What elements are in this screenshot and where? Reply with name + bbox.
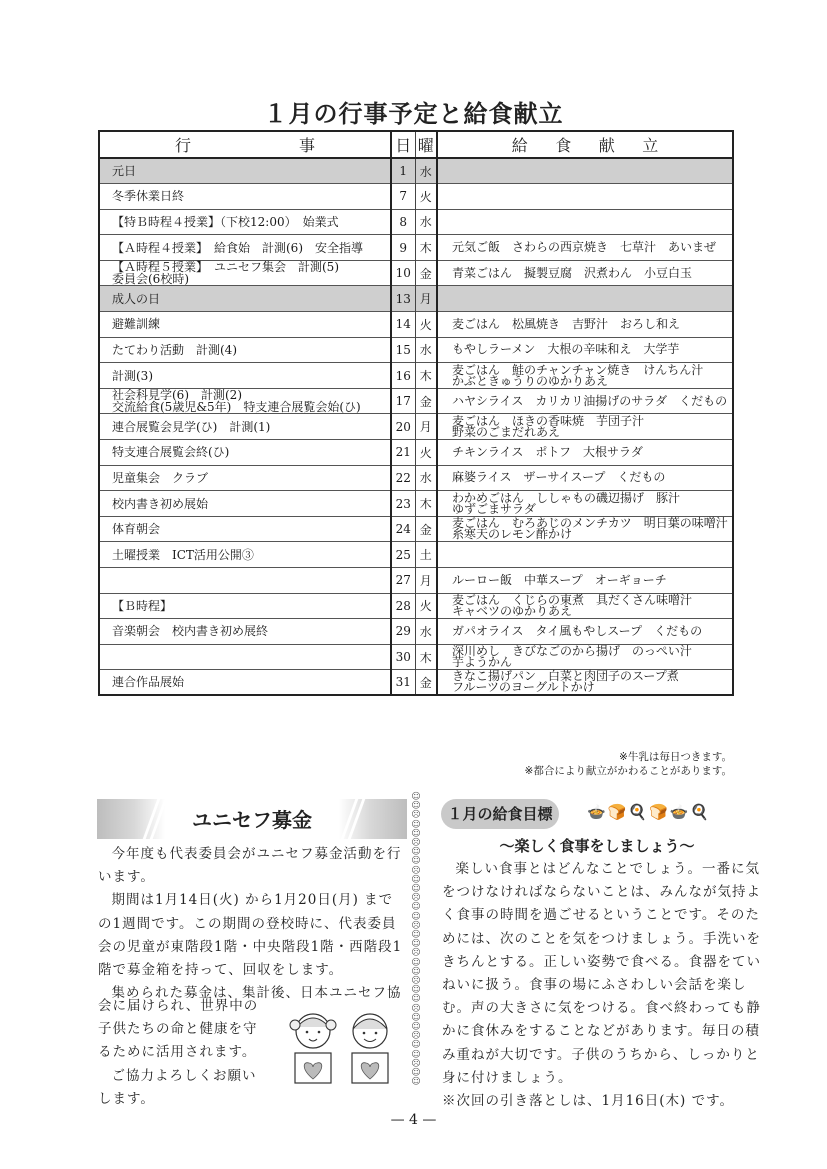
menu-line: フルーツのヨーグルトかけ [452, 682, 732, 693]
menu-line: もやしラーメン 大根の辛味和え 大学芋 [452, 344, 732, 355]
schedule-table: 行 事 日 曜 給 食 献 立 元日1水冬季休業日終7火【特Ｂ時程４授業】（下校… [98, 130, 734, 696]
table-row: 避難訓練14火麦ごはん 松風焼き 吉野汁 おろし和え [99, 312, 733, 338]
menu-line: ゆずごまサラダ [452, 504, 732, 515]
event-cell: 特支連合展覧会終(ひ) [99, 440, 391, 466]
day-cell: 25 [391, 542, 415, 568]
event-line: 連合展覧会見学(ひ) 計測(1) [112, 421, 390, 433]
day-cell: 24 [391, 516, 415, 542]
weekday-cell: 金 [415, 260, 437, 286]
weekday-cell: 月 [415, 414, 437, 440]
event-line: 校内書き初め展始 [112, 498, 390, 510]
table-row: 冬季休業日終7火 [99, 184, 733, 210]
table-row: 【Ａ時程５授業】 ユニセフ集会 計測(5)委員会(6校時)10金青菜ごはん 擬製… [99, 260, 733, 286]
event-cell: 児童集会 クラブ [99, 465, 391, 491]
weekday-cell: 金 [415, 516, 437, 542]
event-cell: 避難訓練 [99, 312, 391, 338]
weekday-cell: 火 [415, 312, 437, 338]
table-row: たてわり活動 計測(4)15水もやしラーメン 大根の辛味和え 大学芋 [99, 337, 733, 363]
table-header-row: 行 事 日 曜 給 食 献 立 [99, 131, 733, 158]
lunch-goal-subtitle: ～楽しく食事をしましょう～ [432, 835, 762, 856]
event-cell [99, 568, 391, 594]
weekday-cell: 木 [415, 235, 437, 261]
day-cell: 17 [391, 388, 415, 414]
menu-line: かぶときゅうりのゆかりあえ [452, 376, 732, 387]
menu-line: 芋ようかん [452, 657, 732, 668]
table-row: 元日1水 [99, 158, 733, 184]
menu-line: 麦ごはん 松風焼き 吉野汁 おろし和え [452, 319, 732, 330]
day-cell: 1 [391, 158, 415, 184]
unicef-paragraph: ご協力よろしくお願いします。 [98, 1065, 268, 1111]
event-line: 冬季休業日終 [112, 190, 390, 202]
table-row: 連合作品展始31金きなこ揚げパン 白菜と肉団子のスープ煮フルーツのヨーグルトかけ [99, 670, 733, 696]
table-row: 【Ａ時程４授業】 給食始 計測(6) 安全指導9木元気ご飯 さわらの西京焼き 七… [99, 235, 733, 261]
event-cell: 連合作品展始 [99, 670, 391, 696]
table-row: 特支連合展覧会終(ひ)21火チキンライス ポトフ 大根サラダ [99, 440, 733, 466]
day-cell: 16 [391, 363, 415, 389]
weekday-cell: 水 [415, 465, 437, 491]
table-row: 【Ｂ時程】28火麦ごはん くじらの東煮 具だくさん味噌汁キャベツのゆかりあえ [99, 593, 733, 619]
header-menu: 給 食 献 立 [437, 131, 733, 158]
weekday-cell: 月 [415, 286, 437, 312]
menu-cell [437, 184, 733, 210]
day-cell: 14 [391, 312, 415, 338]
day-cell: 8 [391, 209, 415, 235]
weekday-cell: 水 [415, 209, 437, 235]
menu-cell: きなこ揚げパン 白菜と肉団子のスープ煮フルーツのヨーグルトかけ [437, 670, 733, 696]
menu-cell: もやしラーメン 大根の辛味和え 大学芋 [437, 337, 733, 363]
menu-cell: 麦ごはん むろあじのメンチカツ 明日葉の味噌汁糸寒天のレモン酢かけ [437, 516, 733, 542]
event-line: 避難訓練 [112, 318, 390, 330]
event-cell: 体育朝会 [99, 516, 391, 542]
event-cell: 冬季休業日終 [99, 184, 391, 210]
event-cell: 【Ａ時程４授業】 給食始 計測(6) 安全指導 [99, 235, 391, 261]
event-line: たてわり活動 計測(4) [112, 344, 390, 356]
weekday-cell: 水 [415, 619, 437, 645]
menu-cell: 麻婆ライス ザーサイスープ くだもの [437, 465, 733, 491]
event-cell: 【Ｂ時程】 [99, 593, 391, 619]
event-line: 元日 [112, 165, 390, 177]
unicef-body-narrow: 会に届けられ、世界中の子供たちの命と健康を守るために活用されます。 ご協力よろし… [98, 995, 268, 1111]
event-cell: たてわり活動 計測(4) [99, 337, 391, 363]
menu-cell: 元気ご飯 さわらの西京焼き 七草汁 あいまぜ [437, 235, 733, 261]
menu-cell: わかめごはん ししゃもの磯辺揚げ 豚汁ゆずごまサラダ [437, 491, 733, 517]
event-line: 土曜授業 ICT活用公開③ [112, 549, 390, 561]
note-menu-change: ※都合により献立がかわることがあります。 [525, 764, 732, 778]
day-cell: 13 [391, 286, 415, 312]
note-milk: ※牛乳は毎日つきます。 [525, 750, 732, 764]
day-cell: 7 [391, 184, 415, 210]
menu-cell: ガパオライス タイ風もやしスープ くだもの [437, 619, 733, 645]
menu-line: 野菜のごまだれあえ [452, 427, 732, 438]
day-cell: 30 [391, 644, 415, 670]
table-row: 体育朝会24金麦ごはん むろあじのメンチカツ 明日葉の味噌汁糸寒天のレモン酢かけ [99, 516, 733, 542]
day-cell: 22 [391, 465, 415, 491]
event-line: 特支連合展覧会終(ひ) [112, 446, 390, 458]
event-line: 音楽朝会 校内書き初め展終 [112, 625, 390, 637]
header-event: 行 事 [99, 131, 391, 158]
table-notes: ※牛乳は毎日つきます。 ※都合により献立がかわることがあります。 [525, 750, 732, 778]
menu-line: ガパオライス タイ風もやしスープ くだもの [452, 626, 732, 637]
smiley-divider: ☺☺☹☺☺☹☺☺☹☺☺☹☺☺☹☺☺☹☺☺☹☺☺☹☺☺☹☺☺☹☺☺ [411, 793, 421, 1093]
weekday-cell: 月 [415, 568, 437, 594]
menu-cell: 麦ごはん ほきの香味焼 芋団子汁野菜のごまだれあえ [437, 414, 733, 440]
day-cell: 21 [391, 440, 415, 466]
weekday-cell: 水 [415, 158, 437, 184]
menu-line: ハヤシライス カリカリ油揚げのサラダ くだもの [452, 396, 732, 407]
table-row: 連合展覧会見学(ひ) 計測(1)20月麦ごはん ほきの香味焼 芋団子汁野菜のごま… [99, 414, 733, 440]
schedule-body: 元日1水冬季休業日終7火【特Ｂ時程４授業】（下校12:00） 始業式8水【Ａ時程… [99, 158, 733, 695]
day-cell: 29 [391, 619, 415, 645]
table-row: 音楽朝会 校内書き初め展終29水ガパオライス タイ風もやしスープ くだもの [99, 619, 733, 645]
menu-cell: ルーロー飯 中華スープ オーギョーチ [437, 568, 733, 594]
lunch-goal-paragraph: 楽しい食事とはどんなことでしょう。一番に気をつけなければならないことは、みんなが… [442, 858, 767, 1090]
weekday-cell: 火 [415, 593, 437, 619]
event-line: 成人の日 [112, 293, 390, 305]
day-cell: 10 [391, 260, 415, 286]
event-line: 連合作品展始 [112, 676, 390, 688]
event-line: 【Ｂ時程】 [112, 600, 390, 612]
event-cell: 校内書き初め展始 [99, 491, 391, 517]
page-number: — 4 — [0, 1112, 827, 1128]
menu-cell [437, 209, 733, 235]
event-cell: 社会科見学(6) 計測(2)交流給食(5歳児&5年) 特支連合展覧会始(ひ) [99, 388, 391, 414]
header-weekday: 曜 [415, 131, 437, 158]
weekday-cell: 木 [415, 363, 437, 389]
menu-cell [437, 286, 733, 312]
children-donation-illustration [275, 1003, 405, 1088]
menu-cell: ハヤシライス カリカリ油揚げのサラダ くだもの [437, 388, 733, 414]
weekday-cell: 火 [415, 184, 437, 210]
day-cell: 23 [391, 491, 415, 517]
day-cell: 27 [391, 568, 415, 594]
event-cell [99, 644, 391, 670]
unicef-body: 今年度も代表委員会がユニセフ募金活動を行います。 期間は1月14日(火) から1… [98, 843, 403, 1005]
menu-cell: 麦ごはん くじらの東煮 具だくさん味噌汁キャベツのゆかりあえ [437, 593, 733, 619]
menu-line: 元気ご飯 さわらの西京焼き 七草汁 あいまぜ [452, 242, 732, 253]
weekday-cell: 土 [415, 542, 437, 568]
event-cell: 【Ａ時程５授業】 ユニセフ集会 計測(5)委員会(6校時) [99, 260, 391, 286]
menu-cell: 深川めし きびなごのから揚げ のっぺい汁芋ようかん [437, 644, 733, 670]
event-cell: 土曜授業 ICT活用公開③ [99, 542, 391, 568]
menu-cell: 麦ごはん 松風焼き 吉野汁 おろし和え [437, 312, 733, 338]
lunch-goal-footnote: ※次回の引き落としは、1月16日(木) です。 [442, 1090, 767, 1113]
event-line: 体育朝会 [112, 523, 390, 535]
event-line: 計測(3) [112, 370, 390, 382]
event-cell: 音楽朝会 校内書き初め展終 [99, 619, 391, 645]
day-cell: 31 [391, 670, 415, 696]
unicef-paragraph: 会に届けられ、世界中の子供たちの命と健康を守るために活用されます。 [98, 995, 268, 1065]
header-day: 日 [391, 131, 415, 158]
event-cell: 連合展覧会見学(ひ) 計測(1) [99, 414, 391, 440]
table-row: 計測(3)16木麦ごはん 鮭のチャンチャン焼き けんちん汁かぶときゅうりのゆかり… [99, 363, 733, 389]
day-cell: 20 [391, 414, 415, 440]
day-cell: 15 [391, 337, 415, 363]
table-row: 校内書き初め展始23木わかめごはん ししゃもの磯辺揚げ 豚汁ゆずごまサラダ [99, 491, 733, 517]
weekday-cell: 火 [415, 440, 437, 466]
weekday-cell: 木 [415, 491, 437, 517]
event-cell: 計測(3) [99, 363, 391, 389]
menu-line: 麻婆ライス ザーサイスープ くだもの [452, 472, 732, 483]
table-row: 27月ルーロー飯 中華スープ オーギョーチ [99, 568, 733, 594]
menu-cell: チキンライス ポトフ 大根サラダ [437, 440, 733, 466]
table-row: 社会科見学(6) 計測(2)交流給食(5歳児&5年) 特支連合展覧会始(ひ)17… [99, 388, 733, 414]
menu-cell [437, 158, 733, 184]
table-row: 成人の日13月 [99, 286, 733, 312]
event-line: 【特Ｂ時程４授業】（下校12:00） 始業式 [112, 216, 390, 228]
menu-line: キャベツのゆかりあえ [452, 606, 732, 617]
page-title: １月の行事予定と給食献立 [0, 94, 827, 129]
menu-cell: 麦ごはん 鮭のチャンチャン焼き けんちん汁かぶときゅうりのゆかりあえ [437, 363, 733, 389]
menu-line: ルーロー飯 中華スープ オーギョーチ [452, 575, 732, 586]
event-line: 【Ａ時程４授業】 給食始 計測(6) 安全指導 [112, 242, 390, 254]
menu-cell [437, 542, 733, 568]
event-line: 委員会(6校時) [112, 273, 390, 285]
menu-line: 青菜ごはん 擬製豆腐 沢煮わん 小豆白玉 [452, 268, 732, 279]
weekday-cell: 木 [415, 644, 437, 670]
food-icons: 🍲🍞🍳🍞🍲🍳 [587, 803, 711, 821]
menu-cell: 青菜ごはん 擬製豆腐 沢煮わん 小豆白玉 [437, 260, 733, 286]
day-cell: 28 [391, 593, 415, 619]
lunch-goal-body: 楽しい食事とはどんなことでしょう。一番に気をつけなければならないことは、みんなが… [442, 858, 767, 1113]
event-cell: 成人の日 [99, 286, 391, 312]
table-row: 児童集会 クラブ22水麻婆ライス ザーサイスープ くだもの [99, 465, 733, 491]
weekday-cell: 金 [415, 670, 437, 696]
menu-line: 糸寒天のレモン酢かけ [452, 529, 732, 540]
unicef-paragraph: 今年度も代表委員会がユニセフ募金活動を行います。 [98, 843, 403, 889]
unicef-title: ユニセフ募金 [97, 804, 407, 833]
event-cell: 元日 [99, 158, 391, 184]
menu-line: チキンライス ポトフ 大根サラダ [452, 447, 732, 458]
table-row: 土曜授業 ICT活用公開③25土 [99, 542, 733, 568]
event-cell: 【特Ｂ時程４授業】（下校12:00） 始業式 [99, 209, 391, 235]
weekday-cell: 金 [415, 388, 437, 414]
table-row: 【特Ｂ時程４授業】（下校12:00） 始業式8水 [99, 209, 733, 235]
day-cell: 9 [391, 235, 415, 261]
table-row: 30木深川めし きびなごのから揚げ のっぺい汁芋ようかん [99, 644, 733, 670]
weekday-cell: 水 [415, 337, 437, 363]
unicef-paragraph: 期間は1月14日(火) から1月20日(月) までの1週間です。この期間の登校時… [98, 889, 403, 982]
lunch-goal-badge: １月の給食目標 [441, 799, 559, 829]
event-line: 交流給食(5歳児&5年) 特支連合展覧会始(ひ) [112, 401, 390, 413]
event-line: 児童集会 クラブ [112, 472, 390, 484]
